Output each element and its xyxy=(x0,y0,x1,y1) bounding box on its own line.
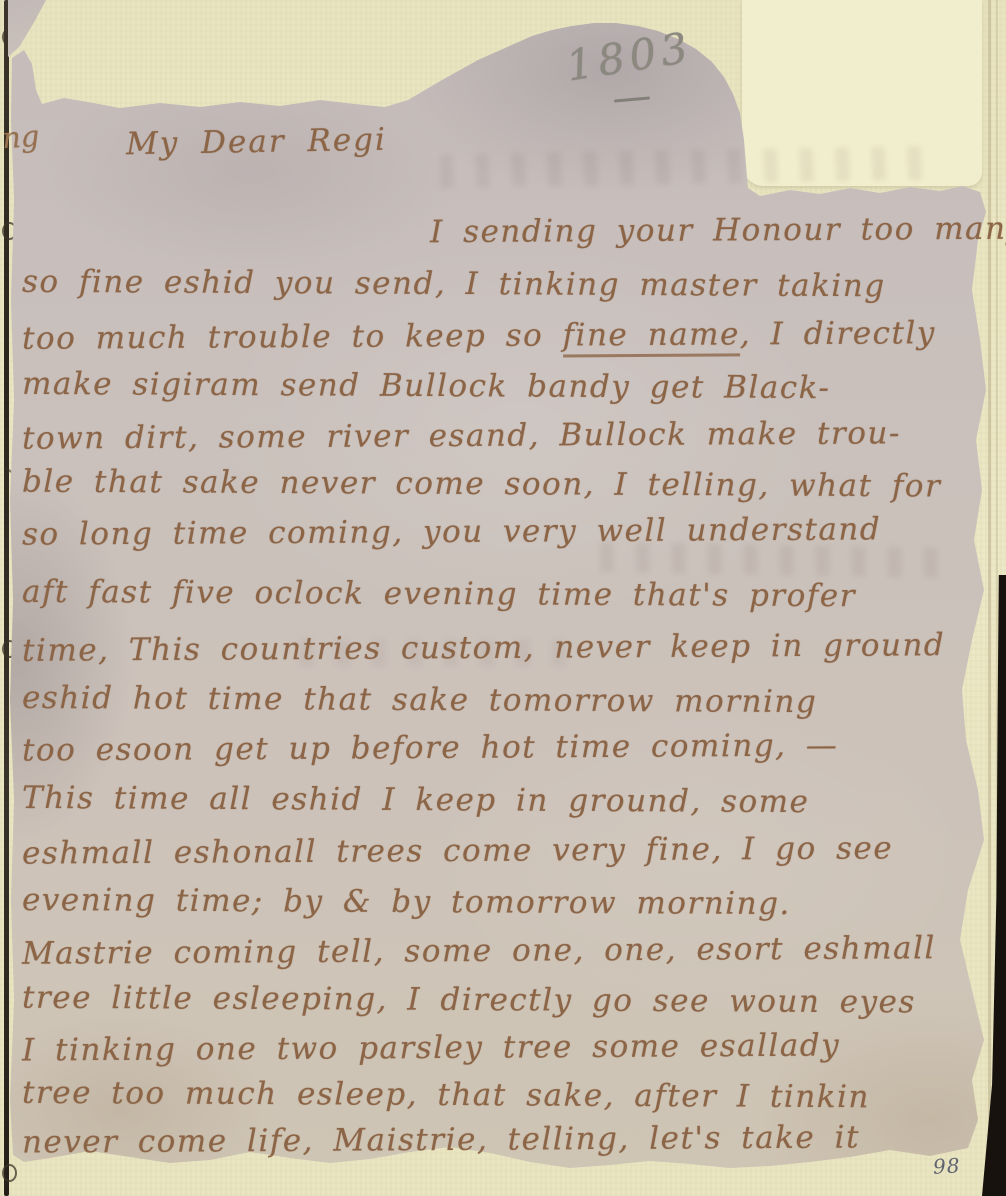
letter-line: aft fast five oclock evening time that's… xyxy=(22,574,856,614)
torn-corner-flap xyxy=(8,0,46,60)
underlined-words: fine name xyxy=(563,316,740,357)
letter-line: tree little esleeping, I directly go see… xyxy=(22,980,916,1021)
letter-line: never come life, Maistrie, telling, let'… xyxy=(22,1119,860,1160)
letter-line: make sigiram send Bullock bandy get Blac… xyxy=(22,366,831,406)
binding-edge xyxy=(4,0,9,1196)
letter-line: so long time coming, you very well under… xyxy=(22,511,881,552)
letter-line: too esoon get up before hot time coming,… xyxy=(22,728,839,769)
letter-line: eshmall eshonall trees come very fine, I… xyxy=(22,830,893,871)
letter-line: town dirt, some river esand, Bullock mak… xyxy=(22,415,901,456)
letter-line: I sending your Honour too many salams xyxy=(430,210,1006,250)
letter-line: eshid hot time that sake tomorrow mornin… xyxy=(22,680,817,720)
letter-line: I tinking one two parsley tree some esal… xyxy=(22,1028,840,1069)
page-crease-line xyxy=(988,0,991,1196)
binding-thread-loop xyxy=(2,1164,17,1182)
letter-line: tree too much esleep, that sake, after I… xyxy=(22,1075,870,1115)
line-segment: too much trouble to keep so xyxy=(22,317,563,356)
scanned-letter-page: 1803 ng My Dear Regi I sending your Hono… xyxy=(0,0,1006,1196)
page-number: 98 xyxy=(932,1153,961,1178)
scan-edge-shadow xyxy=(982,575,1006,1196)
salutation: My Dear Regi xyxy=(126,122,388,163)
line-segment: , I directly xyxy=(740,315,936,352)
letter-line: so fine eshid you send, I tinking master… xyxy=(22,264,886,305)
letter-line: too much trouble to keep so fine name, I… xyxy=(22,315,936,357)
margin-fragment: ng xyxy=(1,119,41,156)
letter-line: ble that sake never come soon, I telling… xyxy=(22,464,942,505)
letter-line: This time all eshid I keep in ground, so… xyxy=(22,780,810,820)
letter-line: time, This countries custom, never keep … xyxy=(22,627,945,669)
letter-line: evening time; by & by tomorrow morning. xyxy=(22,882,791,922)
letter-line: Mastrie coming tell, some one, one, esor… xyxy=(22,930,936,972)
